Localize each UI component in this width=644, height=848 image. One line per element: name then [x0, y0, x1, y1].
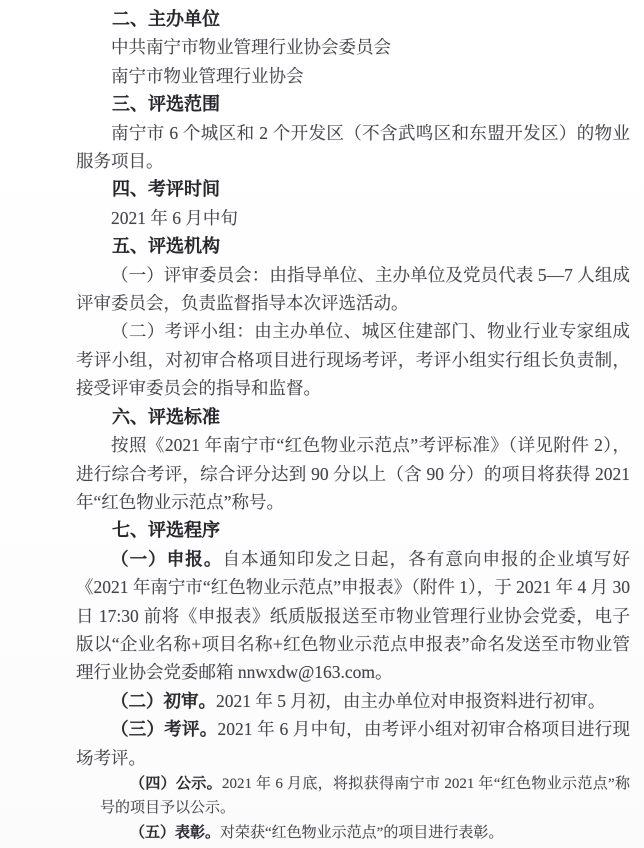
scanned-notice-page: 二、主办单位 中共南宁市物业管理行业协会委员会 南宁市物业管理行业协会 三、评选…	[0, 0, 644, 848]
para-step-1-application: （一）申报。自本通知印发之日起，各有意向申报的企业填写好《2021 年南宁市“红…	[76, 545, 630, 687]
heading-section-2-host-unit: 二、主办单位	[76, 5, 630, 33]
heading-section-3-selection-scope: 三、评选范围	[76, 90, 630, 118]
heading-section-4-evaluation-time: 四、考评时间	[76, 175, 630, 203]
para-evaluation-team: （二）考评小组：由主办单位、城区住建部门、物业行业专家组成考评小组，对初审合格项…	[76, 317, 630, 402]
para-review-committee: （一）评审委员会：由指导单位、主办单位及党员代表 5—7 人组成评审委员会，负责…	[76, 261, 630, 318]
step-1-label: （一）申报。	[111, 549, 222, 569]
para-host-unit-party-committee: 中共南宁市物业管理行业协会委员会	[76, 33, 630, 61]
para-selection-criteria: 按照《2021 年南宁市“红色物业示范点”考评标准》（详见附件 2），进行综合考…	[76, 431, 630, 516]
para-host-unit-association: 南宁市物业管理行业协会	[76, 62, 630, 90]
heading-section-5-selection-organization: 五、评选机构	[76, 232, 630, 260]
step-2-text: 2021 年 5 月初，由主办单位对申报资料进行初审。	[216, 691, 605, 711]
step-2-label: （二）初审。	[111, 691, 216, 711]
para-selection-scope: 南宁市 6 个城区和 2 个开发区（不含武鸣区和东盟开发区）的物业服务项目。	[76, 119, 630, 176]
para-step-3-evaluation: （三）考评。2021 年 6 月中旬，由考评小组对初审合格项目进行现场考评。	[76, 715, 630, 772]
step-5-text: 对荣获“红色物业示范点”的项目进行表彰。	[220, 825, 503, 841]
heading-section-6-selection-criteria: 六、评选标准	[76, 403, 630, 431]
step-5-label: （五）表彰。	[130, 824, 220, 841]
para-step-2-preliminary-review: （二）初审。2021 年 5 月初，由主办单位对申报资料进行初审。	[76, 687, 630, 715]
para-step-4-publicity: （四）公示。2021 年 6 月底，将拟获得南宁市 2021 年“红色物业示范点…	[100, 772, 630, 821]
step-3-label: （三）考评。	[111, 719, 218, 739]
step-4-label: （四）公示。	[130, 775, 222, 792]
heading-section-7-selection-procedure: 七、评选程序	[76, 516, 630, 544]
para-evaluation-time: 2021 年 6 月中旬	[76, 204, 630, 232]
para-step-5-commendation: （五）表彰。对荣获“红色物业示范点”的项目进行表彰。	[100, 821, 630, 846]
